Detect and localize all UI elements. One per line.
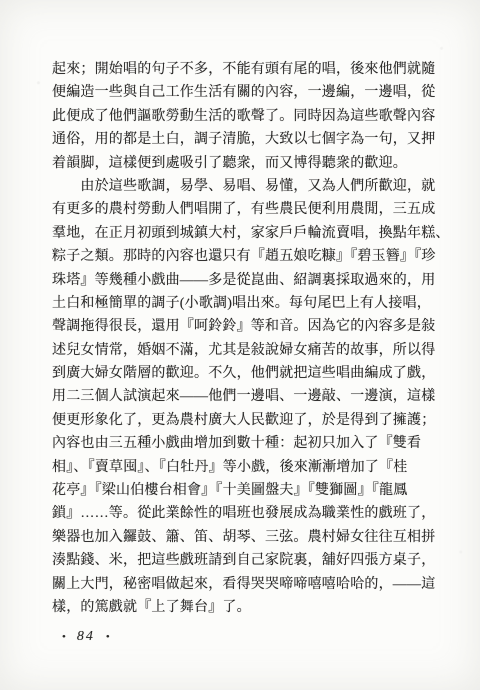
- text-line: 相』、『賣草囤』、『白牡丹』等小戲，後來漸漸增加了『桂: [52, 456, 436, 479]
- text-line: 樂器也加入鑼鼓、簫、笛、胡琴、三弦。農村婦女往往互相拼: [52, 526, 436, 549]
- text-line: 羣地，在正月初頭到城鎮大村，家家戶戶輪流賣唱，換點年糕、: [52, 222, 436, 245]
- text-line: 珠塔』等幾種小戲曲——多是從崑曲、紹調裏採取過來的，用: [52, 269, 436, 292]
- text-line: 此便成了他們謳歌勞動生活的歌聲了。同時因為這些歌聲內容: [52, 105, 436, 128]
- text-line: 花亭』『梁山伯樓台相會』『十美圖盤夫』『雙獅圖』『龍鳳: [52, 479, 436, 502]
- text-line: 土白和極簡單的調子(小歌調)唱出來。每句尾巴上有人接唱，: [52, 292, 436, 315]
- text-line: 關上大門，秘密唱做起來，看得哭哭啼啼嘻嘻哈哈的，——這: [52, 573, 436, 596]
- scanned-book-page: 起來；開始唱的句子不多，不能有頭有尾的唱，後來他們就隨 便編造一些與自己工作生活…: [0, 0, 480, 690]
- body-text: 起來；開始唱的句子不多，不能有頭有尾的唱，後來他們就隨 便編造一些與自己工作生活…: [52, 58, 436, 619]
- text-line: 由於這些歌調，易學、易唱、易懂，又為人們所歡迎，就: [52, 175, 436, 198]
- page-number-left-dot: •: [62, 632, 66, 643]
- text-line: 通俗，用的都是土白，調子清脆，大致以七個字為一句，又押: [52, 128, 436, 151]
- text-line: 述兒女情常，婚姻不滿，尤其是敍說婦女痛苦的故事，所以得: [52, 339, 436, 362]
- text-line: 用二三個人試演起來——他們一邊唱、一邊敲、一邊演，這樣: [52, 385, 436, 408]
- text-line: 粽子之類。那時的內容也還只有『趙五娘吃糠』『碧玉簪』『珍: [52, 245, 436, 268]
- text-line: 便更形象化了，更為農村廣大人民歡迎了，於是得到了擁護；: [52, 409, 436, 432]
- text-line: 內容也由三五種小戲曲增加到數十種：起初只加入了『雙看: [52, 432, 436, 455]
- text-line: 起來；開始唱的句子不多，不能有頭有尾的唱，後來他們就隨: [52, 58, 436, 81]
- page-number-right-dot: •: [106, 632, 110, 643]
- text-line: 便編造一些與自己工作生活有關的內容，一邊編，一邊唱，從: [52, 81, 436, 104]
- page-number: 84: [77, 629, 95, 645]
- page-footer: • 84 •: [62, 629, 110, 645]
- text-line: 着韻脚，這樣便到處吸引了聽衆，而又博得聽衆的歡迎。: [52, 152, 436, 175]
- text-line: 鎖』……等。從此業餘性的唱班也發展成為職業性的戲班了，: [52, 502, 436, 525]
- text-line: 湊點錢、米，把這些戲班請到自己家院裏，舖好四張方桌子，: [52, 549, 436, 572]
- text-line: 樣，的篤戲就『上了舞台』了。: [52, 596, 436, 619]
- text-line: 有更多的農村勞動人們唱開了，有些農民便利用農閒，三五成: [52, 198, 436, 221]
- text-line: 到廣大婦女階層的歡迎。不久，他們就把這些唱曲編成了戲，: [52, 362, 436, 385]
- text-line: 聲調拖得很長，還用『呵鈴鈴』等和音。因為它的內容多是敍: [52, 315, 436, 338]
